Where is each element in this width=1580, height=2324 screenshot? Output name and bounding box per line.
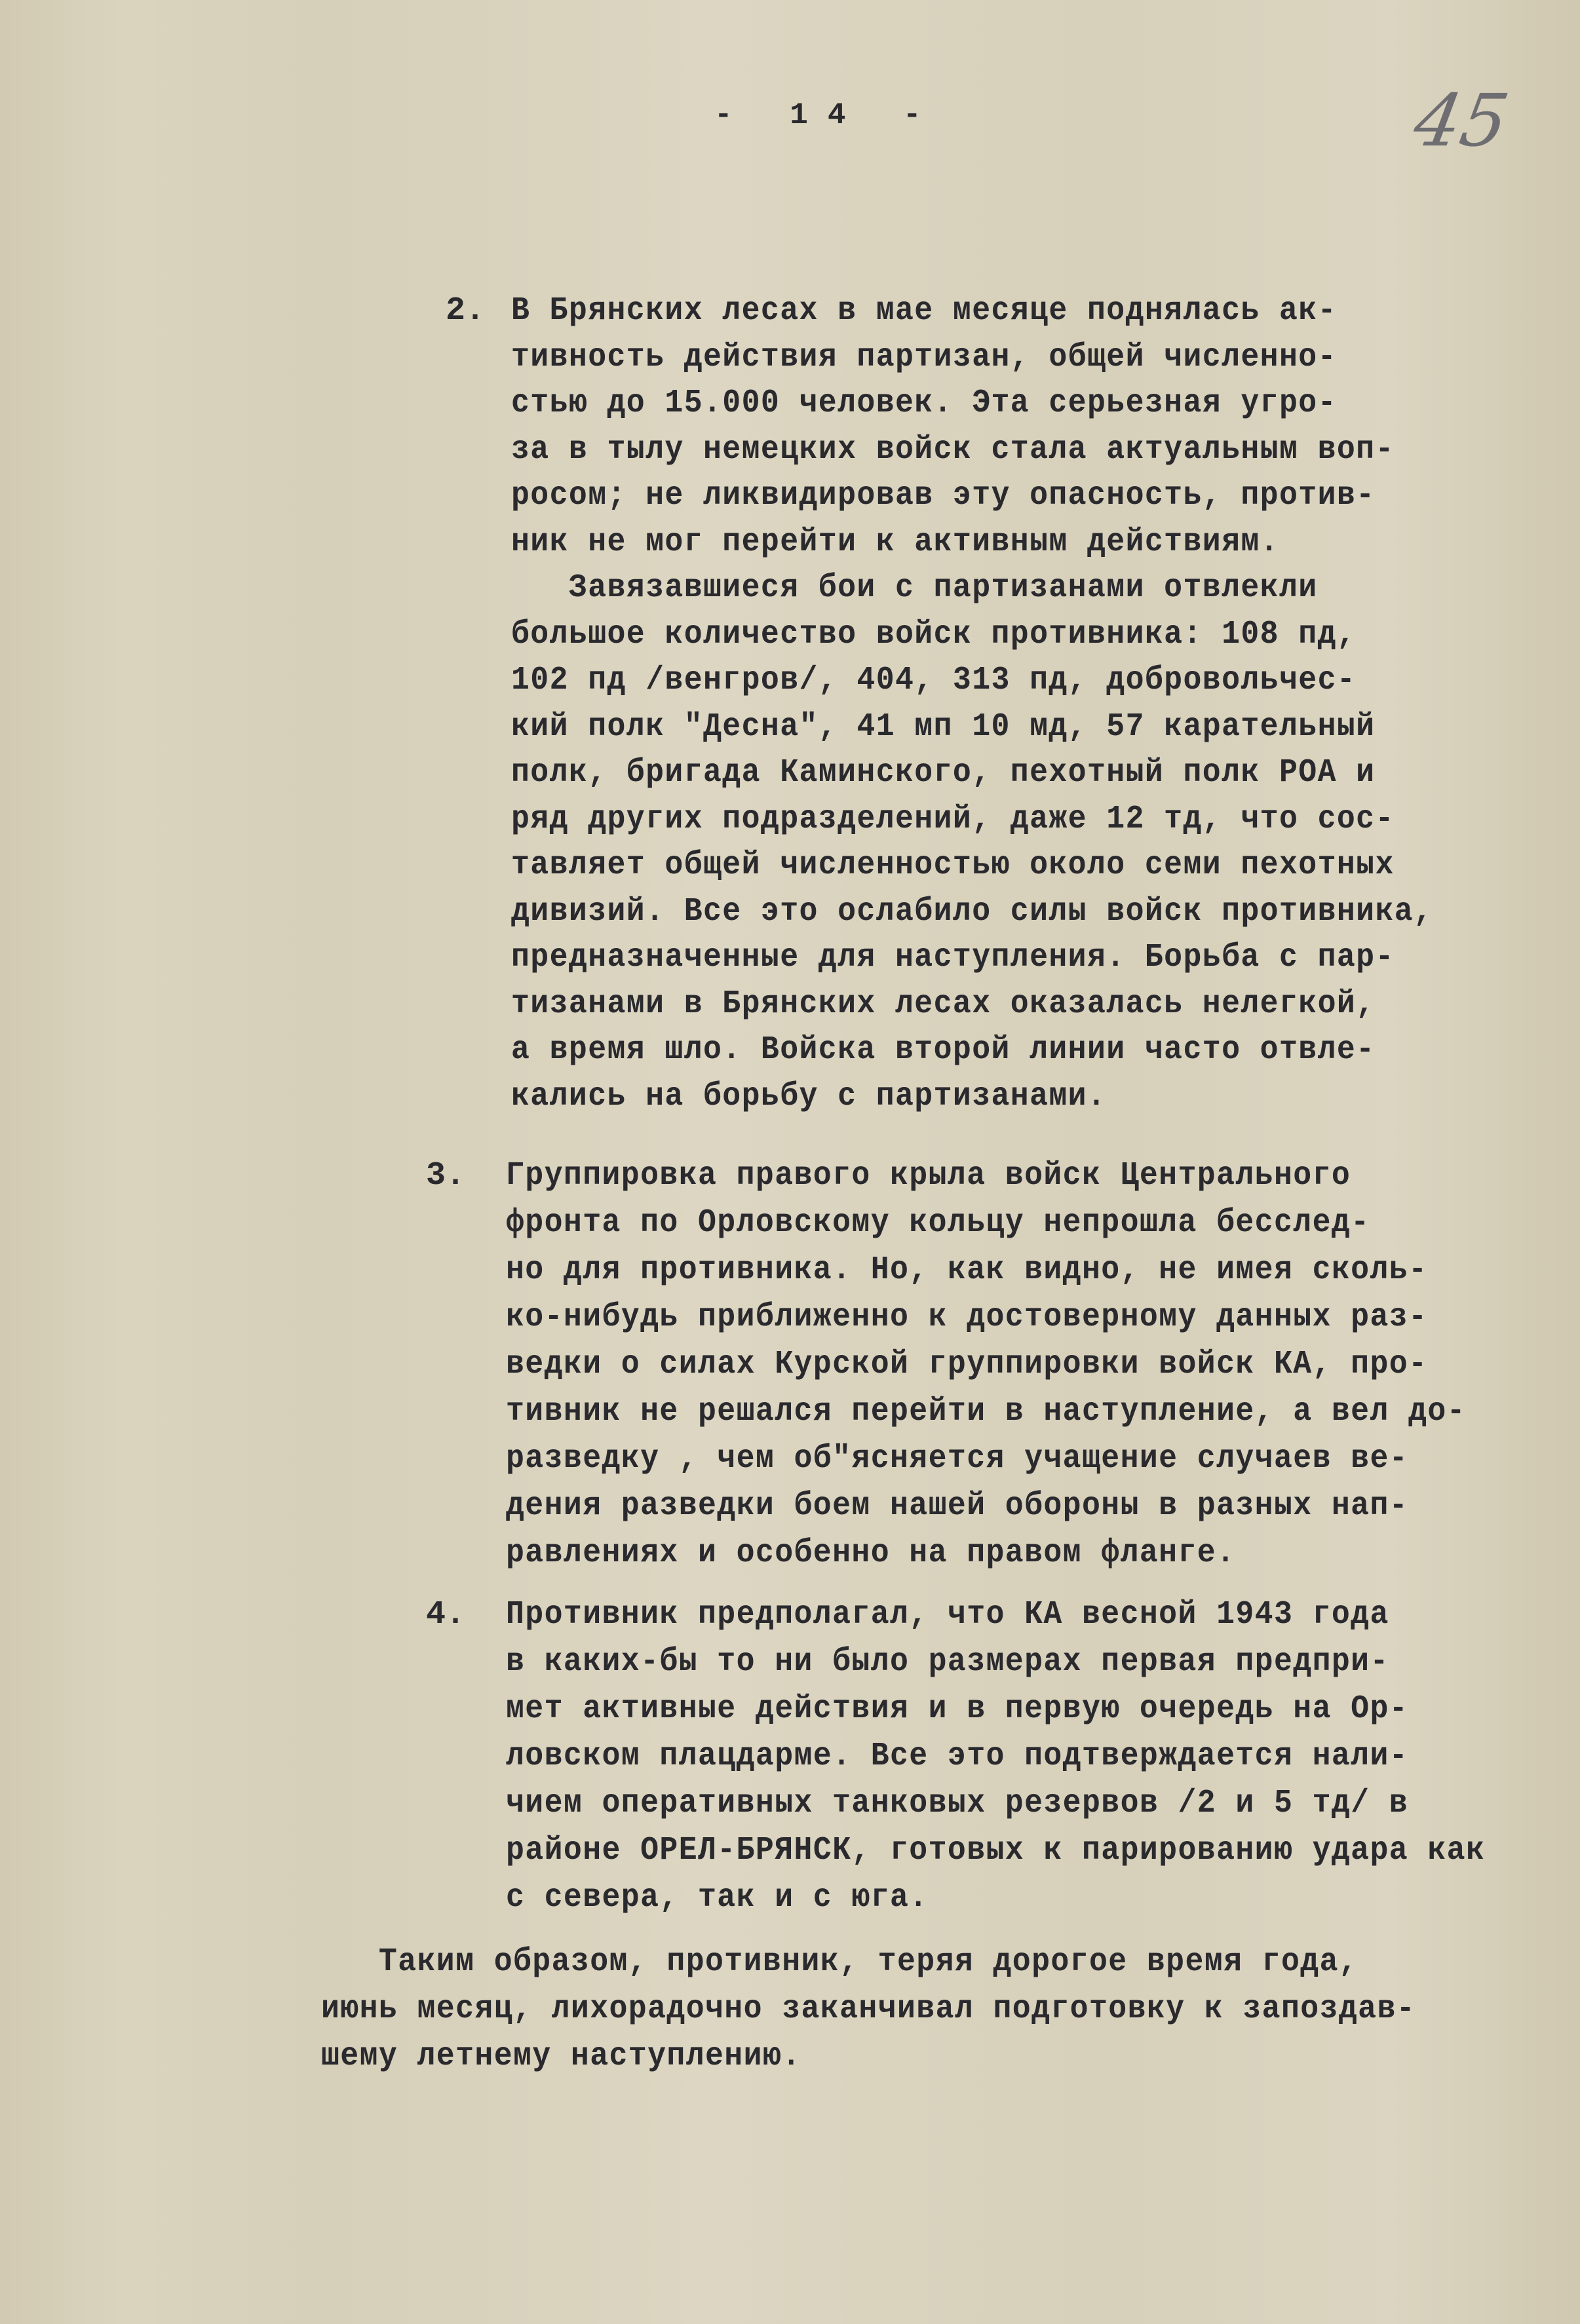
text-line: тивность действия партизан, общей числен… <box>511 338 1337 377</box>
text-line: Противник предполагал, что КА весной 194… <box>506 1595 1389 1635</box>
item-number: 3. <box>426 1156 465 1196</box>
text-line: ряд других подразделений, даже 12 тд, чт… <box>511 800 1395 839</box>
text-line: предназначенные для наступления. Борьба … <box>511 938 1395 978</box>
handwritten-archive-mark: 45 <box>1408 79 1515 162</box>
page-number: - 14 - <box>714 98 941 132</box>
text-line: с севера, так и с юга. <box>506 1878 929 1918</box>
text-line: разведку , чем об"ясняется учащение случ… <box>506 1439 1408 1479</box>
text-line: фронта по Орловскому кольцу непрошла бес… <box>506 1204 1370 1243</box>
text-line: кались на борьбу с партизанами. <box>511 1077 1106 1116</box>
text-line: июнь месяц, лихорадочно заканчивал подго… <box>321 1990 1416 2029</box>
text-line: ведки о силах Курской группировки войск … <box>506 1345 1427 1384</box>
text-line: тизанами в Брянских лесах оказалась неле… <box>511 985 1375 1024</box>
text-line: а время шло. Войска второй линии часто о… <box>511 1031 1375 1070</box>
text-line: мет активные действия и в первую очередь… <box>506 1690 1408 1729</box>
text-line: тавляет общей численностью около семи пе… <box>511 846 1395 885</box>
text-line: дения разведки боем нашей обороны в разн… <box>506 1487 1408 1526</box>
text-line: росом; не ликвидировав эту опасность, пр… <box>511 476 1375 516</box>
text-line: районе ОРЕЛ-БРЯНСК, готовых к парировани… <box>506 1831 1485 1871</box>
text-line: за в тылу немецких войск стала актуальны… <box>511 430 1395 470</box>
text-line: тивник не решался перейти в наступление,… <box>506 1392 1466 1432</box>
text-line: но для противника. Но, как видно, не име… <box>506 1251 1427 1290</box>
item-number: 2. <box>446 292 485 331</box>
text-line: большое количество войск противника: 108… <box>511 615 1356 655</box>
text-line: дивизий. Все это ослабило силы войск про… <box>511 892 1433 932</box>
text-line: В Брянских лесах в мае месяце поднялась … <box>511 292 1337 331</box>
text-line: ник не мог перейти к активным действиям. <box>511 523 1279 562</box>
text-line: ловском плацдарме. Все это подтверждаетс… <box>506 1737 1408 1776</box>
text-line: Группировка правого крыла войск Централь… <box>506 1156 1351 1196</box>
text-line: в каких-бы то ни было размерах первая пр… <box>506 1643 1389 1682</box>
text-line: равлениях и особенно на правом фланге. <box>506 1534 1235 1573</box>
text-line: 102 пд /венгров/, 404, 313 пд, доброволь… <box>511 661 1356 700</box>
text-line: кий полк "Десна", 41 мп 10 мд, 57 карате… <box>511 708 1375 747</box>
text-line: полк, бригада Каминского, пехотный полк … <box>511 753 1375 793</box>
text-line: Таким образом, противник, теряя дорогое … <box>321 1943 1358 1982</box>
text-line: стью до 15.000 человек. Эта серьезная уг… <box>511 384 1337 423</box>
text-line: шему летнему наступлению. <box>321 2037 801 2076</box>
text-line: Завязавшиеся бои с партизанами отвлекли <box>511 569 1318 608</box>
item-number: 4. <box>426 1595 465 1635</box>
text-line: ко-нибудь приближенно к достоверному дан… <box>506 1298 1427 1337</box>
text-line: чием оперативных танковых резервов /2 и … <box>506 1784 1408 1823</box>
